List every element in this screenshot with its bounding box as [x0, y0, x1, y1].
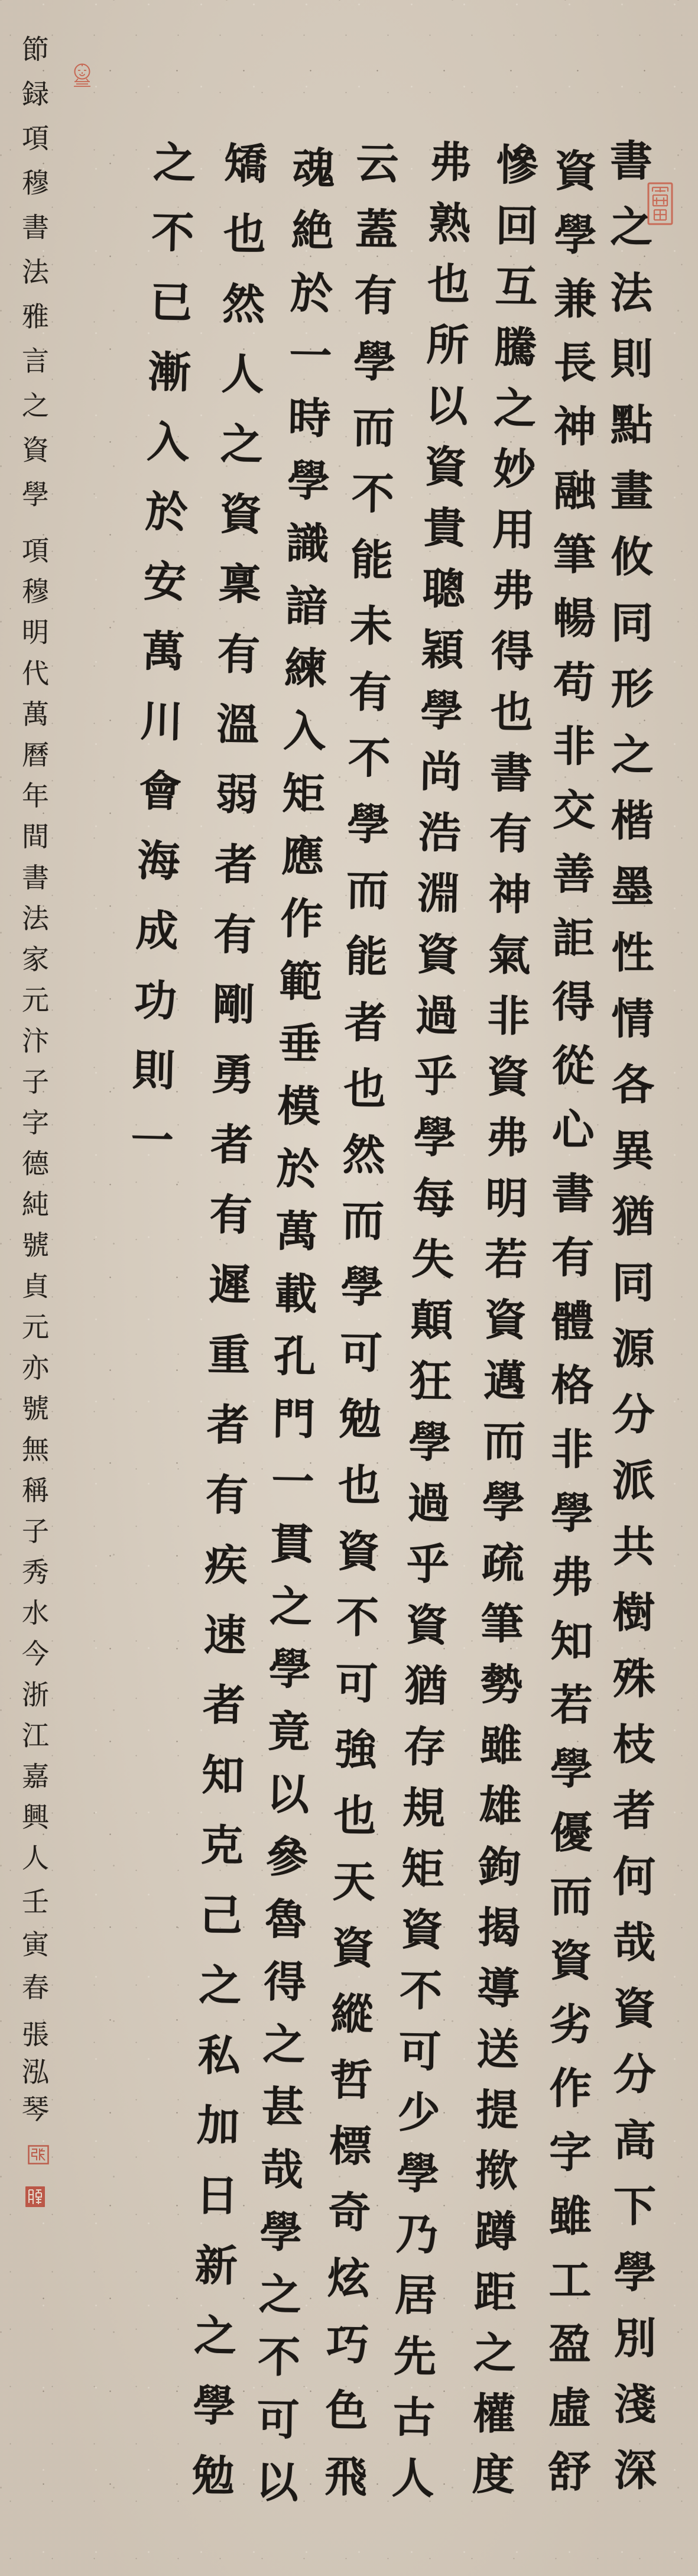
seal-body: [25, 2186, 45, 2207]
text-column-2: 資學兼長神融筆暢苟非交善詎得從心書有體格非學弗知若學優而資劣作字雖工盈虛舒: [545, 148, 593, 2513]
seal-rectangular-icon: [647, 182, 673, 225]
signature: 張泓琴: [20, 2020, 47, 2132]
seal-square-outline-icon: [28, 2145, 49, 2165]
seal-gourd-body: [75, 64, 90, 79]
inscription-date: 壬寅春: [20, 1887, 47, 2016]
seal-glyph: [652, 187, 668, 220]
seal-gourd-icon: [71, 62, 93, 89]
inscription-title: 節録項穆書法雅言之資學: [20, 35, 47, 524]
seal-glyph: [32, 2149, 45, 2160]
seal-square-filled-icon: [25, 2186, 45, 2207]
text-column-1: 書之法則點畫攸同形之楷墨性情各異猶同源分派共樹殊枝者何哉資分高下學別淺深: [606, 138, 653, 2514]
inscription-biography: 項穆明代萬曆年間書法家元汴子字德純號貞元亦號無稱子秀水今浙江嘉興人: [20, 536, 47, 1884]
